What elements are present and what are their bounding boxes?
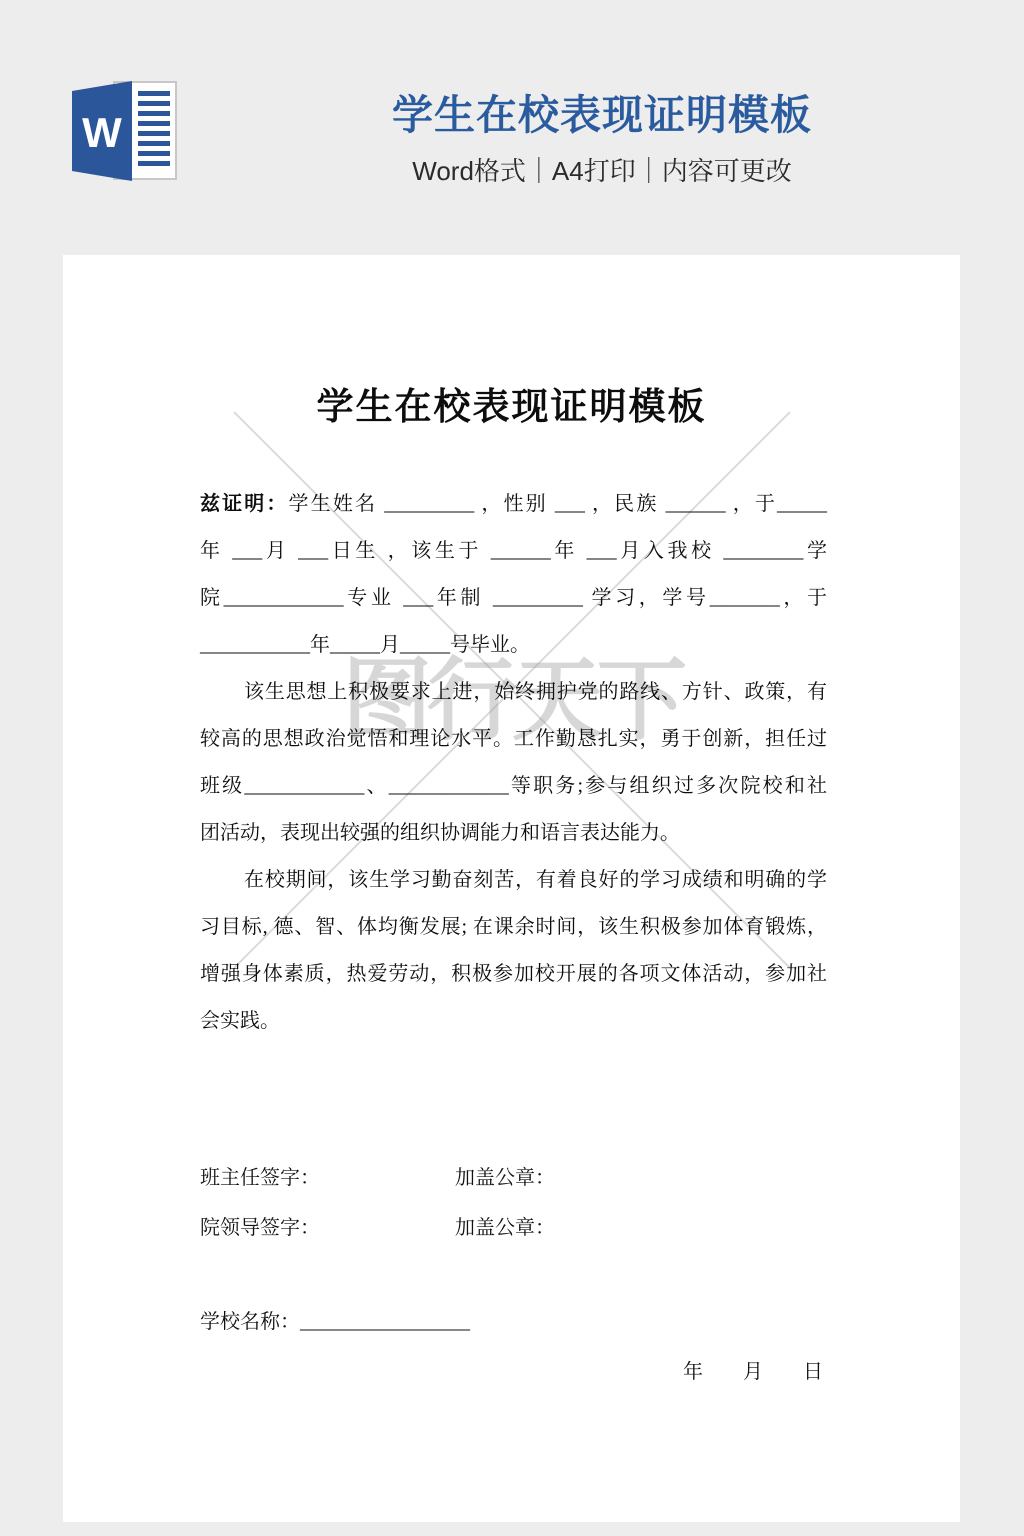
official-seal-label: 加盖公章： [455,1217,555,1239]
signature-row: 班主任签字：加盖公章： [200,1153,827,1203]
doc-line: 兹证明：学生姓名 _________ ，性别 ___ ，民族 ______ ，于… [200,481,827,528]
signature-row: 院领导签字：加盖公章： [200,1203,827,1253]
document-page: 图行天下 学生在校表现证明模板 兹证明：学生姓名 _________ ，性别 _… [63,255,960,1522]
header-text-block: 学生在校表现证明模板 Word格式｜A4打印｜内容可更改 [180,92,1024,186]
doc-line: 较高的思想政治觉悟和理论水平。工作勤恳扎实，勇于创新，担任过 [200,716,827,763]
signature-block: 班主任签字：加盖公章： 院领导签字：加盖公章： [200,1153,827,1253]
dean-signature-label: 院领导签字： [200,1203,455,1253]
page-title: 学生在校表现证明模板 [180,92,1024,138]
doc-line: 在校期间，该生学习勤奋刻苦，有着良好的学习成绩和明确的学 [200,857,827,904]
svg-text:W: W [82,109,122,156]
doc-line-text: 学生姓名 _________ ，性别 ___ ，民族 ______ ，于____… [289,493,827,515]
page-background: W 学生在校表现证明模板 Word格式｜A4打印｜内容可更改 图行天下 学生在校… [0,0,1024,1536]
school-name-row: 学校名称：_________________ [200,1297,827,1347]
document-content: 学生在校表现证明模板 兹证明：学生姓名 _________ ，性别 ___ ，民… [63,380,960,1397]
page-subtitle: Word格式｜A4打印｜内容可更改 [180,156,1024,186]
document-body: 兹证明：学生姓名 _________ ，性别 ___ ，民族 ______ ，于… [200,481,827,1045]
word-icon-graphic: W [62,78,182,184]
teacher-signature-label: 班主任签字： [200,1153,455,1203]
header: W 学生在校表现证明模板 Word格式｜A4打印｜内容可更改 [0,0,1024,255]
doc-line: 年 ___月 ___日生 ，该生于 ______年 ___月入我校 ______… [200,528,827,575]
school-name-blank: _________________ [300,1311,470,1333]
doc-line: 增强身体素质，热爱劳动，积极参加校开展的各项文体活动，参加社 [200,951,827,998]
official-seal-label: 加盖公章： [455,1167,555,1189]
doc-line: ___________年_____月_____号毕业。 [200,622,827,669]
word-document-icon: W [62,78,182,184]
doc-line: 班级____________、____________等职务;参与组织过多次院校… [200,763,827,810]
date-row: 年 月 日 [200,1347,827,1397]
doc-line: 会实践。 [200,998,827,1045]
school-name-label: 学校名称： [200,1311,300,1333]
doc-line: 习目标, 德、智、体均衡发展; 在课余时间，该生积极参加体育锻炼， [200,904,827,951]
doc-line: 团活动，表现出较强的组织协调能力和语言表达能力。 [200,810,827,857]
doc-line: 院____________专业 ___年制 _________ 学习，学号___… [200,575,827,622]
document-title: 学生在校表现证明模板 [63,380,960,436]
doc-line: 该生思想上积极要求上进，始终拥护党的路线、方针、政策，有 [200,669,827,716]
doc-lead-label: 兹证明： [200,493,289,515]
